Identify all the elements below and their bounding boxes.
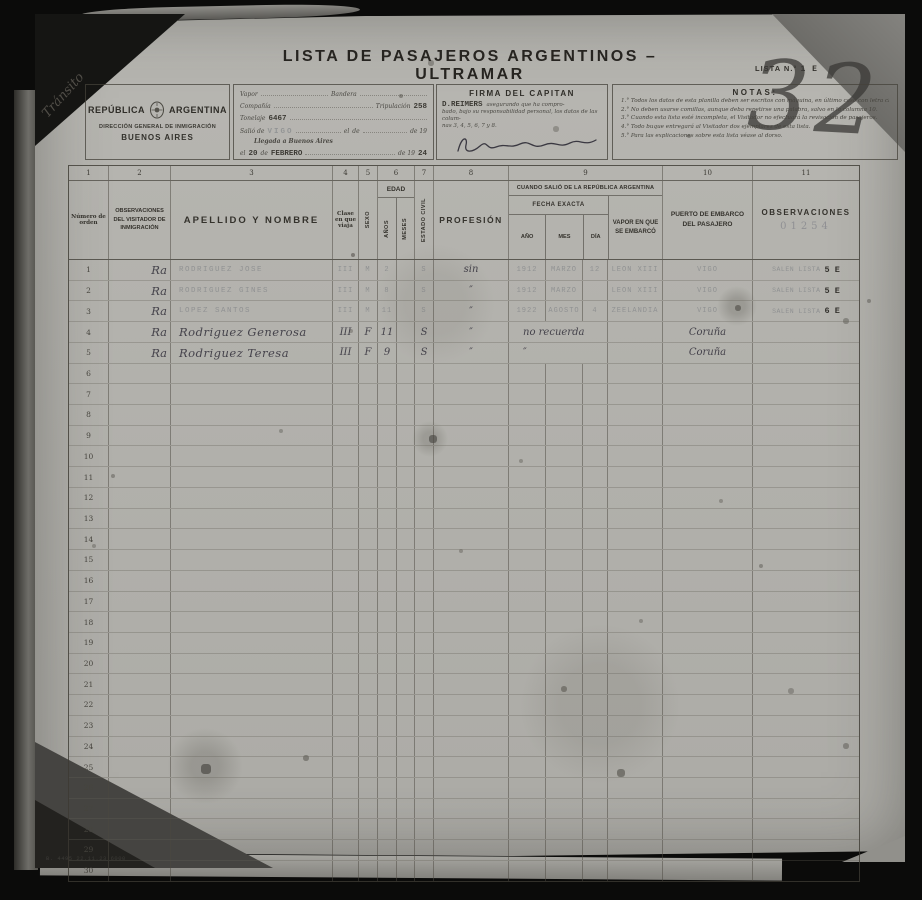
header-clase: Clase en que viaja	[333, 181, 359, 259]
cell-num: 9	[69, 426, 109, 446]
cell-num: 22	[69, 695, 109, 715]
cell-num: 28	[69, 819, 109, 839]
cell-anos	[378, 674, 397, 694]
cell-dia: 4	[583, 301, 608, 321]
cell-meses	[397, 426, 415, 446]
cell-obs	[753, 529, 859, 549]
cell-mes	[546, 633, 583, 653]
cell-obs: SALEN LISTA5 E	[753, 281, 859, 301]
cell-anos	[378, 467, 397, 487]
table-row: 12	[69, 488, 859, 509]
paper-stains	[0, 0, 2, 2]
cell-num: 16	[69, 571, 109, 591]
cell-obs	[753, 840, 859, 860]
cell-mes	[546, 840, 583, 860]
cell-meses	[397, 571, 415, 591]
header-sexo: SEXO	[359, 181, 378, 259]
cell-dia	[583, 488, 608, 508]
cell-estado	[415, 695, 434, 715]
cell-prof	[434, 633, 509, 653]
cell-meses	[397, 509, 415, 529]
cell-meses	[397, 364, 415, 384]
cell-clase: III	[333, 281, 359, 301]
header-meses: MESES	[397, 198, 415, 259]
col-number: 2	[109, 166, 171, 180]
vapor-label: Vapor	[240, 91, 258, 98]
cell-prof	[434, 737, 509, 757]
table-row: 16	[69, 571, 859, 592]
obs-faint-text: SALEN LISTA	[772, 308, 820, 315]
cell-sexo	[359, 446, 378, 466]
cell-dia	[583, 612, 608, 632]
col-number: 9	[509, 166, 663, 180]
cell-clase	[333, 446, 359, 466]
cell-dia	[583, 364, 608, 384]
cell-mes: MARZO	[546, 281, 583, 301]
cell-prof	[434, 612, 509, 632]
table-row: 4RaRodriguez GenerosaIIIF11S″no recuerda…	[69, 322, 859, 343]
printer-reference: B. 4495 22.11.23 6000	[46, 855, 126, 862]
cell-num: 19	[69, 633, 109, 653]
cell-vapor	[608, 819, 663, 839]
table-row: 22	[69, 695, 859, 716]
cell-ano	[509, 446, 546, 466]
cell-meses	[397, 301, 415, 321]
cell-clase	[333, 819, 359, 839]
cell-anos	[378, 384, 397, 404]
argentina-crest-icon	[149, 101, 165, 119]
header-mes: MES	[546, 215, 583, 259]
table-rows: 1RaRODRIGUEZ JOSEIIIM2Ssin1912MARZO12LEO…	[69, 260, 859, 881]
cell-ano	[509, 529, 546, 549]
cell-prof: sin	[434, 260, 509, 280]
captain-clause-1: asegurando que ha compro-	[487, 102, 565, 109]
col-number: 8	[434, 166, 509, 180]
cell-anos: 11	[378, 301, 397, 321]
cell-prof	[434, 840, 509, 860]
cell-visit	[109, 633, 171, 653]
cell-vapor	[608, 467, 663, 487]
cell-num: 13	[69, 509, 109, 529]
cell-sexo	[359, 612, 378, 632]
cell-prof	[434, 405, 509, 425]
estado-label: ESTADO CIVIL	[421, 198, 427, 242]
cell-dia	[583, 571, 608, 591]
scanned-passenger-list: LISTA DE PASAJEROS ARGENTINOS – ULTRAMAR…	[0, 0, 922, 900]
header-visitador: OBSERVACIONES DEL VISITADOR DE INMIGRACI…	[109, 181, 171, 259]
cell-visit	[109, 467, 171, 487]
cell-dia	[583, 405, 608, 425]
cell-anos	[378, 509, 397, 529]
cell-puerto	[663, 716, 753, 736]
cell-anos	[378, 861, 397, 881]
table-row: 28	[69, 819, 859, 840]
cell-vapor	[608, 674, 663, 694]
cell-prof	[434, 654, 509, 674]
captain-clause-3: nas 3, 4, 5, 6, 7 y 8.	[442, 123, 602, 130]
cell-meses	[397, 488, 415, 508]
cell-nombre	[171, 509, 333, 529]
table-row: 17	[69, 592, 859, 613]
cell-num: 8	[69, 405, 109, 425]
note-item: 5.° Para las explicaciones sobre esta li…	[621, 132, 889, 141]
cell-num: 25	[69, 757, 109, 777]
table-row: 23	[69, 716, 859, 737]
cell-ano	[509, 716, 546, 736]
table-header: Número de orden OBSERVACIONES DEL VISITA…	[69, 181, 859, 260]
cell-meses	[397, 467, 415, 487]
cell-anos	[378, 654, 397, 674]
table-row: 14	[69, 529, 859, 550]
buenos-aires-label: BUENOS AIRES	[86, 133, 229, 142]
republica-label: REPÚBLICA	[88, 105, 145, 115]
cell-clase: III	[333, 343, 359, 363]
cell-obs	[753, 405, 859, 425]
cell-ano	[509, 799, 546, 819]
cell-mes	[546, 654, 583, 674]
cell-clase	[333, 633, 359, 653]
cell-ano	[509, 819, 546, 839]
salio-label: Salió de	[240, 128, 264, 135]
cell-nombre	[171, 695, 333, 715]
cell-vapor	[608, 757, 663, 777]
cell-anos	[378, 364, 397, 384]
cell-sexo	[359, 716, 378, 736]
col-number: 4	[333, 166, 359, 180]
cell-num: 24	[69, 737, 109, 757]
cell-sexo	[359, 426, 378, 446]
cell-vapor	[608, 612, 663, 632]
cell-sexo	[359, 633, 378, 653]
table-row: 24	[69, 737, 859, 758]
cell-clase	[333, 674, 359, 694]
cell-num: 30	[69, 861, 109, 881]
cell-sexo	[359, 861, 378, 881]
cell-visit	[109, 612, 171, 632]
cell-mes	[546, 861, 583, 881]
cell-prof	[434, 757, 509, 777]
cell-obs	[753, 426, 859, 446]
cell-nombre	[171, 737, 333, 757]
cell-puerto	[663, 467, 753, 487]
cell-estado	[415, 509, 434, 529]
cell-prof	[434, 674, 509, 694]
cell-anos	[378, 819, 397, 839]
cell-clase	[333, 861, 359, 881]
col-number: 1	[69, 166, 109, 180]
cell-obs	[753, 384, 859, 404]
cell-estado	[415, 592, 434, 612]
cell-dia	[583, 509, 608, 529]
vapor-field	[261, 89, 328, 96]
cell-nombre	[171, 633, 333, 653]
cell-meses	[397, 757, 415, 777]
cell-nombre	[171, 384, 333, 404]
cell-ano: no recuerda	[509, 322, 608, 342]
cell-dia	[583, 529, 608, 549]
cell-puerto	[663, 674, 753, 694]
cell-anos	[378, 840, 397, 860]
cell-sexo	[359, 384, 378, 404]
cell-clase	[333, 509, 359, 529]
note-item: 4.° Todo buque entregará al Visitador do…	[621, 123, 889, 132]
cell-puerto	[663, 364, 753, 384]
cell-num: 14	[69, 529, 109, 549]
cell-dia	[583, 384, 608, 404]
cell-puerto: Coruña	[663, 322, 753, 342]
cell-prof	[434, 695, 509, 715]
cell-anos: 2	[378, 260, 397, 280]
col-number: 5	[359, 166, 378, 180]
cell-visit	[109, 384, 171, 404]
cell-meses	[397, 674, 415, 694]
cell-ano	[509, 488, 546, 508]
header-puerto: PUERTO DE EMBARCO DEL PASAJERO	[663, 181, 753, 259]
cell-ano	[509, 633, 546, 653]
cell-num: 21	[69, 674, 109, 694]
cell-nombre	[171, 716, 333, 736]
cell-puerto	[663, 529, 753, 549]
cell-estado	[415, 757, 434, 777]
table-row: 30	[69, 861, 859, 881]
cell-prof	[434, 819, 509, 839]
captain-box-title: FIRMA DEL CAPITAN	[442, 89, 602, 98]
book-binding-edge	[14, 90, 38, 870]
llegada-ano-value: 24	[418, 150, 427, 158]
cell-anos	[378, 778, 397, 798]
cell-meses	[397, 819, 415, 839]
cell-meses	[397, 592, 415, 612]
header-profesion: PROFESIÓN	[434, 181, 509, 259]
header-observaciones: OBSERVACIONES	[762, 208, 851, 217]
cell-sexo	[359, 695, 378, 715]
cell-estado	[415, 529, 434, 549]
cell-mes	[546, 592, 583, 612]
cell-meses	[397, 654, 415, 674]
cell-meses	[397, 633, 415, 653]
cell-vapor	[608, 633, 663, 653]
cell-prof	[434, 467, 509, 487]
stamped-number: 01254	[780, 221, 832, 232]
cell-obs	[753, 467, 859, 487]
cell-prof	[434, 426, 509, 446]
note-item: 2.° No deben usarse comillas, aunque deb…	[621, 106, 889, 115]
cell-estado	[415, 550, 434, 570]
cell-obs	[753, 612, 859, 632]
cell-visit	[109, 778, 171, 798]
cell-estado: S	[415, 343, 434, 363]
cell-sexo: F	[359, 322, 378, 342]
cell-ano	[509, 405, 546, 425]
table-row: 15	[69, 550, 859, 571]
cell-puerto: VIGO	[663, 281, 753, 301]
obs-faint-text: SALEN LISTA	[772, 287, 820, 294]
cell-obs	[753, 819, 859, 839]
cell-clase	[333, 716, 359, 736]
cell-vapor	[608, 695, 663, 715]
cell-nombre	[171, 861, 333, 881]
cell-ano	[509, 840, 546, 860]
cell-puerto	[663, 840, 753, 860]
cell-puerto	[663, 446, 753, 466]
cell-puerto	[663, 405, 753, 425]
cell-ano: ″	[509, 343, 608, 363]
cell-dia	[583, 840, 608, 860]
cell-estado	[415, 840, 434, 860]
cell-num: 27	[69, 799, 109, 819]
cell-ano: 1922	[509, 301, 546, 321]
cell-prof	[434, 778, 509, 798]
cell-obs	[753, 674, 859, 694]
header-estado: ESTADO CIVIL	[415, 181, 434, 259]
cell-visit	[109, 737, 171, 757]
cell-ano	[509, 778, 546, 798]
header-numero: Número de orden	[69, 181, 109, 259]
cell-prof	[434, 446, 509, 466]
table-row: 20	[69, 654, 859, 675]
cell-puerto	[663, 612, 753, 632]
cell-estado	[415, 778, 434, 798]
cell-num: 20	[69, 654, 109, 674]
cell-dia	[583, 592, 608, 612]
cell-visit	[109, 488, 171, 508]
cell-visit	[109, 654, 171, 674]
cell-num: 26	[69, 778, 109, 798]
cell-obs	[753, 695, 859, 715]
cell-num: 4	[69, 322, 109, 342]
cell-visit	[109, 509, 171, 529]
cell-sexo	[359, 778, 378, 798]
table-row: 1RaRODRIGUEZ JOSEIIIM2Ssin1912MARZO12LEO…	[69, 260, 859, 281]
cell-vapor: LEON XIII	[608, 260, 663, 280]
cell-nombre	[171, 405, 333, 425]
note-item: 1.° Todos los datos de esta planilla deb…	[621, 97, 889, 106]
cell-clase	[333, 550, 359, 570]
cell-num: 12	[69, 488, 109, 508]
tripulacion-value: 258	[413, 103, 427, 111]
header-observaciones-group: OBSERVACIONES 01254	[753, 181, 859, 259]
cell-ano	[509, 695, 546, 715]
cell-nombre	[171, 488, 333, 508]
cell-estado	[415, 654, 434, 674]
cell-puerto	[663, 861, 753, 881]
cell-ano	[509, 654, 546, 674]
captain-signature	[452, 131, 602, 157]
cell-estado	[415, 612, 434, 632]
cell-puerto	[663, 695, 753, 715]
table-row: 8	[69, 405, 859, 426]
cell-prof	[434, 509, 509, 529]
cell-meses	[397, 612, 415, 632]
cell-obs	[753, 737, 859, 757]
cell-vapor	[608, 571, 663, 591]
el-label: el	[344, 128, 349, 135]
compania-field	[274, 101, 373, 108]
llegada-field	[305, 148, 395, 155]
cell-vapor	[608, 778, 663, 798]
cell-anos	[378, 550, 397, 570]
cell-nombre	[171, 819, 333, 839]
cell-ano	[509, 612, 546, 632]
cell-visit: Ra	[109, 260, 171, 280]
cell-num: 18	[69, 612, 109, 632]
cell-estado	[415, 488, 434, 508]
cell-estado	[415, 446, 434, 466]
cell-puerto: VIGO	[663, 301, 753, 321]
cell-prof: ″	[434, 343, 509, 363]
cell-obs	[753, 716, 859, 736]
cell-vapor: LEON XIII	[608, 281, 663, 301]
llegada-mes-value: FEBRERO	[271, 150, 303, 158]
de19-label: de 19	[410, 128, 427, 135]
cell-anos	[378, 737, 397, 757]
cell-prof	[434, 488, 509, 508]
cell-vapor	[608, 405, 663, 425]
cell-nombre	[171, 529, 333, 549]
table-row: 29	[69, 840, 859, 861]
cell-vapor	[608, 799, 663, 819]
cell-nombre	[171, 840, 333, 860]
table-row: 7	[69, 384, 859, 405]
cell-dia	[583, 757, 608, 777]
cell-mes	[546, 550, 583, 570]
cell-obs: SALEN LISTA5 E	[753, 260, 859, 280]
cell-num: 10	[69, 446, 109, 466]
cell-vapor	[608, 861, 663, 881]
cell-prof	[434, 861, 509, 881]
cell-dia	[583, 695, 608, 715]
table-row: 6	[69, 364, 859, 385]
cell-mes	[546, 674, 583, 694]
cell-visit: Ra	[109, 343, 171, 363]
cell-visit	[109, 757, 171, 777]
cell-dia	[583, 550, 608, 570]
cell-num: 2	[69, 281, 109, 301]
cell-visit	[109, 799, 171, 819]
cell-meses	[397, 446, 415, 466]
column-number-strip: 1 2 3 4 5 6 7 8 9 10 11	[69, 166, 859, 181]
cell-mes	[546, 737, 583, 757]
meses-label: MESES	[402, 218, 408, 240]
anos-label: AÑOS	[384, 220, 390, 238]
cell-clase	[333, 384, 359, 404]
cell-mes	[546, 467, 583, 487]
cell-puerto	[663, 571, 753, 591]
cell-sexo	[359, 550, 378, 570]
cell-sexo	[359, 757, 378, 777]
cell-mes	[546, 364, 583, 384]
cell-dia	[583, 654, 608, 674]
cell-vapor	[608, 840, 663, 860]
cell-ano	[509, 426, 546, 446]
cell-sexo	[359, 840, 378, 860]
cell-clase	[333, 737, 359, 757]
cell-nombre	[171, 571, 333, 591]
cell-clase	[333, 426, 359, 446]
cell-clase: III	[333, 322, 359, 342]
cell-dia	[583, 737, 608, 757]
captain-name: D.REIMERS	[442, 101, 483, 109]
cell-prof	[434, 716, 509, 736]
cell-sexo	[359, 737, 378, 757]
llegada-label: Llegada a Buenos Aires	[254, 138, 333, 145]
cell-ano	[509, 861, 546, 881]
compania-label: Compañía	[240, 103, 271, 110]
table-row: 27	[69, 799, 859, 820]
cell-prof	[434, 364, 509, 384]
header-edad: EDAD	[378, 181, 414, 198]
cell-puerto	[663, 426, 753, 446]
